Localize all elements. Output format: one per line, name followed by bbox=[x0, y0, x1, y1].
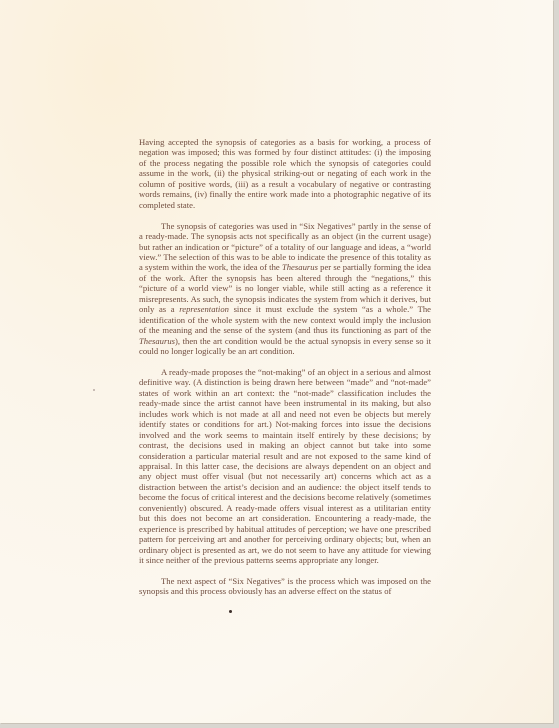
text-run: A ready-made proposes the “not-making” o… bbox=[139, 367, 431, 565]
body-text: Having accepted the synopsis of categori… bbox=[139, 137, 431, 607]
paper-speck bbox=[93, 389, 95, 391]
page-mark bbox=[229, 610, 232, 613]
text-run: ), then the art condition would be the a… bbox=[139, 336, 431, 356]
italic-term: Thesaurus bbox=[282, 262, 318, 272]
italic-term: representation bbox=[179, 304, 229, 314]
text-run: Having accepted the synopsis of categori… bbox=[139, 137, 431, 210]
paragraph: Having accepted the synopsis of categori… bbox=[139, 137, 431, 210]
paragraph: The synopsis of categories was used in “… bbox=[139, 221, 431, 357]
paragraph: The next aspect of “Six Negatives” is th… bbox=[139, 576, 431, 597]
paragraph: A ready-made proposes the “not-making” o… bbox=[139, 367, 431, 566]
italic-term: Thesaurus bbox=[139, 336, 175, 346]
text-run: The next aspect of “Six Negatives” is th… bbox=[139, 576, 431, 596]
document-page: Having accepted the synopsis of categori… bbox=[0, 0, 553, 723]
